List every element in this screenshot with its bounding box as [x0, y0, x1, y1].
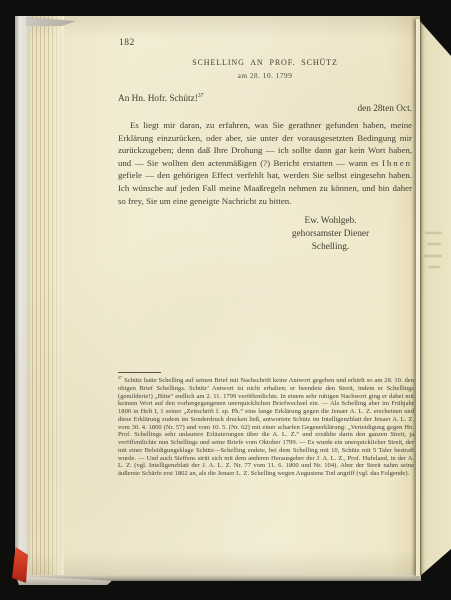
page-edge-stripes — [28, 16, 64, 578]
footnote-separator-rule — [118, 372, 161, 373]
footnote-text: Schütz hatte Schelling auf seinen Brief … — [118, 377, 414, 477]
book-gutter — [416, 19, 420, 576]
salutation-line: An Hn. Hofr. Schütz!37 — [118, 94, 412, 104]
page-fore-edge — [15, 16, 30, 578]
footnote-number: 37 — [118, 375, 122, 380]
footnote-reference-marker: 37 — [198, 93, 204, 99]
closing-line: gehorsamster Diener — [223, 228, 438, 241]
letter-body: Es liegt mir daran, zu erfahren, was Sie… — [118, 119, 412, 207]
book-photo: 182 SCHELLING AN PROF. SCHÜTZ am 28. 10.… — [0, 0, 451, 600]
letter-body-text: gefiele — den gehörigen Effect verfehlt … — [118, 170, 412, 205]
show-through-mark — [424, 255, 442, 257]
letter-date-right: den 28ten Oct. — [118, 104, 412, 114]
letter-body-emphasis: Ihnen — [382, 158, 412, 168]
letter-closing: Ew. Wohlgeb. gehorsamster Diener Schelli… — [223, 215, 438, 255]
closing-line: Ew. Wohlgeb. — [223, 215, 438, 228]
closing-line: Schelling. — [223, 241, 438, 254]
page-corner-curl — [26, 13, 76, 26]
show-through-mark — [428, 266, 440, 268]
letter-date-line: am 28. 10. 1799 — [118, 71, 412, 80]
salutation-text: An Hn. Hofr. Schütz! — [118, 94, 198, 104]
footnote: 37Schütz hatte Schelling auf seinen Brie… — [118, 377, 414, 478]
letter-title: SCHELLING AN PROF. SCHÜTZ — [118, 58, 412, 67]
letter-body-text: Es liegt mir daran, zu erfahren, was Sie… — [118, 120, 412, 168]
facing-page-edge — [419, 0, 451, 600]
book-page: 182 SCHELLING AN PROF. SCHÜTZ am 28. 10.… — [15, 16, 420, 578]
page-number: 182 — [119, 38, 135, 48]
